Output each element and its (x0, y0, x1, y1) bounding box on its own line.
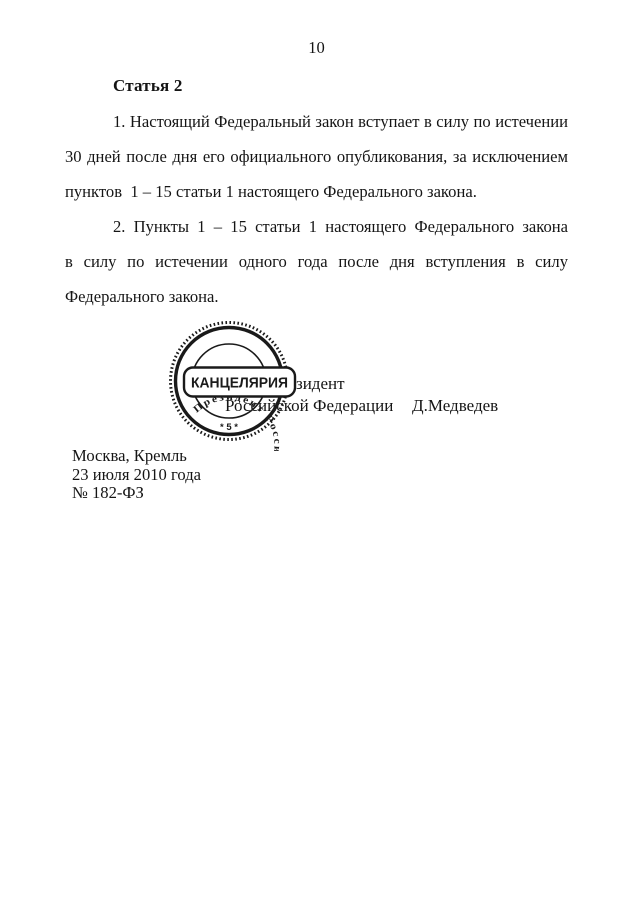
page-number: 10 (65, 38, 568, 58)
document-page: 10 Статья 2 1. Настоящий Федеральный зак… (0, 0, 640, 905)
paragraph-1-line-2: 30 дней после дня его официального опубл… (65, 139, 568, 174)
signature-name: Д.Медведев (412, 396, 498, 416)
footer-law-number: № 182-ФЗ (72, 484, 201, 503)
stamp-svg: Президент Российской Федерации * 5 * КАН… (159, 311, 299, 451)
stamp-bottom-number: * 5 * (220, 422, 238, 433)
paragraph-2-line-3: Федерального закона. (65, 279, 568, 314)
chancellery-stamp-icon: Президент Российской Федерации * 5 * КАН… (159, 311, 299, 451)
paragraph-1-line-3: пунктов 1 – 15 статьи 1 настоящего Федер… (65, 174, 568, 209)
footer-date: 23 июля 2010 года (72, 466, 201, 485)
stamp-chancellery-text: КАНЦЕЛЯРИЯ (191, 376, 288, 392)
footer-block: Москва, Кремль 23 июля 2010 года № 182-Ф… (72, 447, 201, 503)
paragraph-1-line-1: 1. Настоящий Федеральный закон вступает … (65, 104, 568, 139)
paragraph-2-line-1: 2. Пункты 1 – 15 статьи 1 настоящего Фед… (65, 209, 568, 244)
body-text: 1. Настоящий Федеральный закон вступает … (65, 104, 568, 314)
article-heading: Статья 2 (113, 76, 183, 96)
paragraph-2-line-2: в силу по истечении одного года после дн… (65, 244, 568, 279)
